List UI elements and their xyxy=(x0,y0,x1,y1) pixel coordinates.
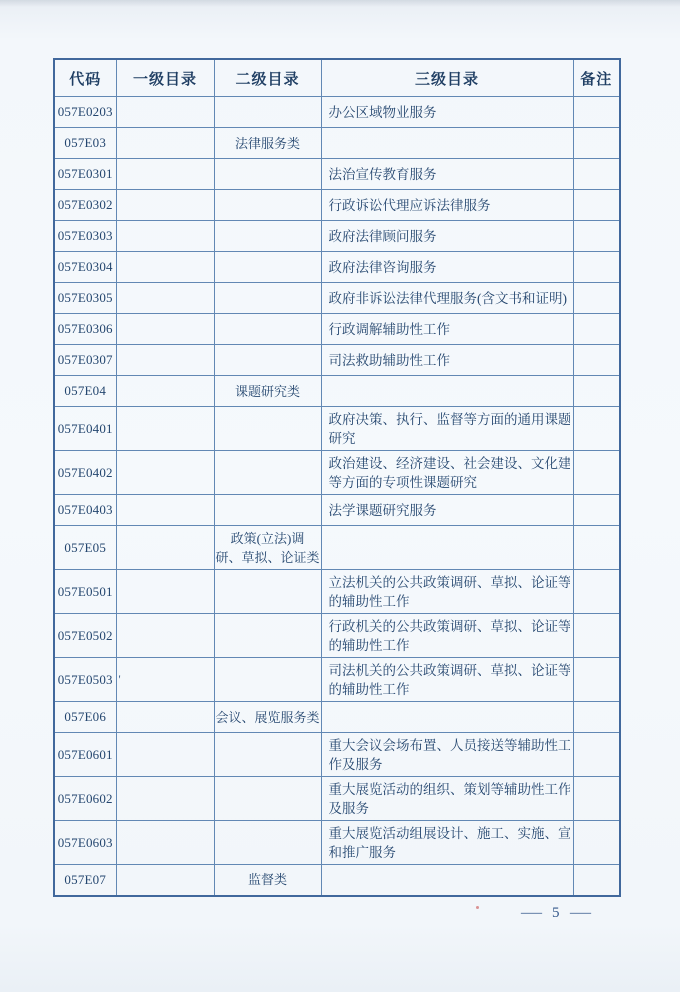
code-cell: 057E0304 xyxy=(54,252,116,283)
level1-cell xyxy=(116,345,214,376)
note-cell xyxy=(573,865,620,896)
code-cell: 057E0603 xyxy=(54,821,116,865)
level3-cell: 司法机关的公共政策调研、草拟、论证等的辅助性工作 xyxy=(321,658,573,702)
level3-cell: 立法机关的公共政策调研、草拟、论证等的辅助性工作 xyxy=(321,570,573,614)
cell-text-line: 行政机关的公共政策调研、草拟、论证等 xyxy=(329,617,570,636)
cell-text-line: 司法机关的公共政策调研、草拟、论证等 xyxy=(329,661,570,680)
cell-text-line: 行政调解辅助性工作 xyxy=(329,320,570,339)
level2-cell xyxy=(214,407,321,451)
level3-cell: 法学课题研究服务 xyxy=(321,495,573,526)
catalog-table: 代码一级目录二级目录三级目录备注 057E0203办公区域物业服务057E03法… xyxy=(53,58,621,897)
level2-cell xyxy=(214,283,321,314)
level3-cell: 政治建设、经济建设、社会建设、文化建设等方面的专项性课题研究 xyxy=(321,451,573,495)
table-row: 057E0302行政诉讼代理应诉法律服务 xyxy=(54,190,620,221)
scanned-document-page: 代码一级目录二级目录三级目录备注 057E0203办公区域物业服务057E03法… xyxy=(0,0,680,992)
level2-cell xyxy=(214,451,321,495)
table-row: 057E0501立法机关的公共政策调研、草拟、论证等的辅助性工作 xyxy=(54,570,620,614)
note-cell xyxy=(573,283,620,314)
level1-cell xyxy=(116,159,214,190)
level1-cell xyxy=(116,702,214,733)
scan-artifact-dot xyxy=(476,906,479,909)
level3-cell: 司法救助辅助性工作 xyxy=(321,345,573,376)
cell-text-line: 行政诉讼代理应诉法律服务 xyxy=(329,196,570,215)
cell-text-line: 立法机关的公共政策调研、草拟、论证等 xyxy=(329,573,570,592)
code-cell: 057E0306 xyxy=(54,314,116,345)
level1-cell xyxy=(116,314,214,345)
table-row: 057E0403法学课题研究服务 xyxy=(54,495,620,526)
level3-cell: 行政诉讼代理应诉法律服务 xyxy=(321,190,573,221)
level3-cell: 政府法律咨询服务 xyxy=(321,252,573,283)
level2-cell xyxy=(214,495,321,526)
cell-text-line: 政策(立法)调 xyxy=(215,529,321,548)
level1-cell xyxy=(116,190,214,221)
table-row: 057E0306行政调解辅助性工作 xyxy=(54,314,620,345)
cell-text-line: 政治建设、经济建设、社会建设、文化建设 xyxy=(329,454,570,473)
cell-text-line: 重大展览活动组展设计、施工、实施、宣传 xyxy=(329,824,570,843)
catalog-table-header: 代码一级目录二级目录三级目录备注 xyxy=(54,59,620,97)
table-row: 057E07监督类 xyxy=(54,865,620,896)
level3-cell: 重大展览活动的组织、策划等辅助性工作及服务 xyxy=(321,777,573,821)
page-number: 5 xyxy=(552,905,560,922)
level1-cell xyxy=(116,451,214,495)
code-cell: 057E03 xyxy=(54,128,116,159)
level2-cell xyxy=(214,190,321,221)
note-cell xyxy=(573,345,620,376)
level3-cell xyxy=(321,128,573,159)
level2-cell xyxy=(214,614,321,658)
level2-cell xyxy=(214,159,321,190)
footer-left-dash: — xyxy=(521,905,542,922)
note-cell xyxy=(573,221,620,252)
table-row: 057E0203办公区域物业服务 xyxy=(54,97,620,128)
table-row: 057E0503'司法机关的公共政策调研、草拟、论证等的辅助性工作 xyxy=(54,658,620,702)
level3-cell: 重大会议会场布置、人员接送等辅助性工作及服务 xyxy=(321,733,573,777)
cell-text-line: 法学课题研究服务 xyxy=(329,501,570,520)
level3-cell: 办公区域物业服务 xyxy=(321,97,573,128)
footer-right-dash: — xyxy=(570,905,591,922)
code-cell: 057E0502 xyxy=(54,614,116,658)
table-row: 057E0502行政机关的公共政策调研、草拟、论证等的辅助性工作 xyxy=(54,614,620,658)
level1-cell xyxy=(116,97,214,128)
level1-cell xyxy=(116,865,214,896)
code-cell: 057E0307 xyxy=(54,345,116,376)
cell-text-line: 监督类 xyxy=(215,870,321,889)
column-header-1: 一级目录 xyxy=(116,59,214,97)
table-row: 057E05政策(立法)调研、草拟、论证类 xyxy=(54,526,620,570)
table-row: 057E0303政府法律顾问服务 xyxy=(54,221,620,252)
level2-cell xyxy=(214,345,321,376)
level3-cell: 行政机关的公共政策调研、草拟、论证等的辅助性工作 xyxy=(321,614,573,658)
level3-cell xyxy=(321,865,573,896)
code-cell: 057E0203 xyxy=(54,97,116,128)
note-cell xyxy=(573,777,620,821)
level3-cell: 政府法律顾问服务 xyxy=(321,221,573,252)
level1-cell xyxy=(116,407,214,451)
note-cell xyxy=(573,614,620,658)
column-header-4: 备注 xyxy=(573,59,620,97)
level1-cell xyxy=(116,252,214,283)
note-cell xyxy=(573,190,620,221)
level1-cell xyxy=(116,495,214,526)
code-cell: 057E0503 xyxy=(54,658,116,702)
cell-text-line: 的辅助性工作 xyxy=(329,680,570,699)
cell-text-line: 重大会议会场布置、人员接送等辅助性工 xyxy=(329,736,570,755)
cell-text-line: 政府非诉讼法律代理服务(含文书和证明) xyxy=(329,289,570,308)
level1-cell xyxy=(116,376,214,407)
level2-cell: 会议、展览服务类 xyxy=(214,702,321,733)
level1-cell xyxy=(116,221,214,252)
header-row: 代码一级目录二级目录三级目录备注 xyxy=(54,59,620,97)
level1-cell xyxy=(116,821,214,865)
cell-text-line: 政府决策、执行、监督等方面的通用课题 xyxy=(329,410,570,429)
cell-text-line: 政府法律咨询服务 xyxy=(329,258,570,277)
level1-cell: ' xyxy=(116,658,214,702)
code-cell: 057E0401 xyxy=(54,407,116,451)
level2-cell: 法律服务类 xyxy=(214,128,321,159)
code-cell: 057E0305 xyxy=(54,283,116,314)
note-cell xyxy=(573,252,620,283)
level2-cell: 政策(立法)调研、草拟、论证类 xyxy=(214,526,321,570)
level1-cell xyxy=(116,283,214,314)
column-header-0: 代码 xyxy=(54,59,116,97)
cell-text-line: 和推广服务 xyxy=(329,843,570,862)
cell-text-line: 课题研究类 xyxy=(215,382,321,401)
table-row: 057E0601重大会议会场布置、人员接送等辅助性工作及服务 xyxy=(54,733,620,777)
column-header-2: 二级目录 xyxy=(214,59,321,97)
level1-cell xyxy=(116,526,214,570)
level2-cell xyxy=(214,733,321,777)
note-cell xyxy=(573,159,620,190)
code-cell: 057E0602 xyxy=(54,777,116,821)
note-cell xyxy=(573,526,620,570)
cell-text-line: 的辅助性工作 xyxy=(329,636,570,655)
note-cell xyxy=(573,376,620,407)
cell-text-line: 研、草拟、论证类 xyxy=(215,548,321,567)
code-cell: 057E0302 xyxy=(54,190,116,221)
table-row: 057E0401政府决策、执行、监督等方面的通用课题研究 xyxy=(54,407,620,451)
column-header-3: 三级目录 xyxy=(321,59,573,97)
cell-text-line: 司法救助辅助性工作 xyxy=(329,351,570,370)
cell-text-line: 研究 xyxy=(329,429,570,448)
note-cell xyxy=(573,97,620,128)
table-row: 057E0304政府法律咨询服务 xyxy=(54,252,620,283)
note-cell xyxy=(573,658,620,702)
note-cell xyxy=(573,128,620,159)
level2-cell: 监督类 xyxy=(214,865,321,896)
level2-cell xyxy=(214,658,321,702)
table-row: 057E04课题研究类 xyxy=(54,376,620,407)
code-cell: 057E0601 xyxy=(54,733,116,777)
cell-text-line: 重大展览活动的组织、策划等辅助性工作 xyxy=(329,780,570,799)
level1-cell xyxy=(116,777,214,821)
table-row: 057E0305政府非诉讼法律代理服务(含文书和证明) xyxy=(54,283,620,314)
cell-text-line: 等方面的专项性课题研究 xyxy=(329,473,570,492)
level1-cell xyxy=(116,128,214,159)
level2-cell xyxy=(214,570,321,614)
note-cell xyxy=(573,407,620,451)
level1-cell xyxy=(116,570,214,614)
cell-text-line: 的辅助性工作 xyxy=(329,592,570,611)
catalog-table-body: 057E0203办公区域物业服务057E03法律服务类057E0301法治宣传教… xyxy=(54,97,620,896)
table-row: 057E0602重大展览活动的组织、策划等辅助性工作及服务 xyxy=(54,777,620,821)
level2-cell xyxy=(214,821,321,865)
note-cell xyxy=(573,570,620,614)
level2-cell xyxy=(214,314,321,345)
cell-text-line: 作及服务 xyxy=(329,755,570,774)
level3-cell: 重大展览活动组展设计、施工、实施、宣传和推广服务 xyxy=(321,821,573,865)
table-row: 057E0307司法救助辅助性工作 xyxy=(54,345,620,376)
level3-cell xyxy=(321,526,573,570)
level3-cell: 政府决策、执行、监督等方面的通用课题研究 xyxy=(321,407,573,451)
note-cell xyxy=(573,821,620,865)
code-cell: 057E0501 xyxy=(54,570,116,614)
table-row: 057E0603重大展览活动组展设计、施工、实施、宣传和推广服务 xyxy=(54,821,620,865)
note-cell xyxy=(573,495,620,526)
level1-cell xyxy=(116,733,214,777)
level2-cell xyxy=(214,777,321,821)
level3-cell: 行政调解辅助性工作 xyxy=(321,314,573,345)
code-cell: 057E04 xyxy=(54,376,116,407)
level2-cell xyxy=(214,97,321,128)
level2-cell xyxy=(214,252,321,283)
page-number-footer: — 5 — xyxy=(524,905,588,922)
level2-cell xyxy=(214,221,321,252)
cell-text-line: 办公区域物业服务 xyxy=(329,103,570,122)
table-row: 057E06会议、展览服务类 xyxy=(54,702,620,733)
table-row: 057E0402政治建设、经济建设、社会建设、文化建设等方面的专项性课题研究 xyxy=(54,451,620,495)
code-cell: 057E07 xyxy=(54,865,116,896)
cell-text-line: 会议、展览服务类 xyxy=(215,708,321,727)
level3-cell xyxy=(321,702,573,733)
level3-cell xyxy=(321,376,573,407)
cell-text-line: 及服务 xyxy=(329,799,570,818)
code-cell: 057E0303 xyxy=(54,221,116,252)
code-cell: 057E06 xyxy=(54,702,116,733)
note-cell xyxy=(573,314,620,345)
level2-cell: 课题研究类 xyxy=(214,376,321,407)
code-cell: 057E0403 xyxy=(54,495,116,526)
level3-cell: 法治宣传教育服务 xyxy=(321,159,573,190)
cell-text-line: 法律服务类 xyxy=(215,134,321,153)
note-cell xyxy=(573,702,620,733)
cell-text-line: 政府法律顾问服务 xyxy=(329,227,570,246)
note-cell xyxy=(573,451,620,495)
table-row: 057E0301法治宣传教育服务 xyxy=(54,159,620,190)
level1-cell xyxy=(116,614,214,658)
code-cell: 057E0402 xyxy=(54,451,116,495)
table-row: 057E03法律服务类 xyxy=(54,128,620,159)
cell-text-line: 法治宣传教育服务 xyxy=(329,165,570,184)
code-cell: 057E05 xyxy=(54,526,116,570)
note-cell xyxy=(573,733,620,777)
level3-cell: 政府非诉讼法律代理服务(含文书和证明) xyxy=(321,283,573,314)
code-cell: 057E0301 xyxy=(54,159,116,190)
